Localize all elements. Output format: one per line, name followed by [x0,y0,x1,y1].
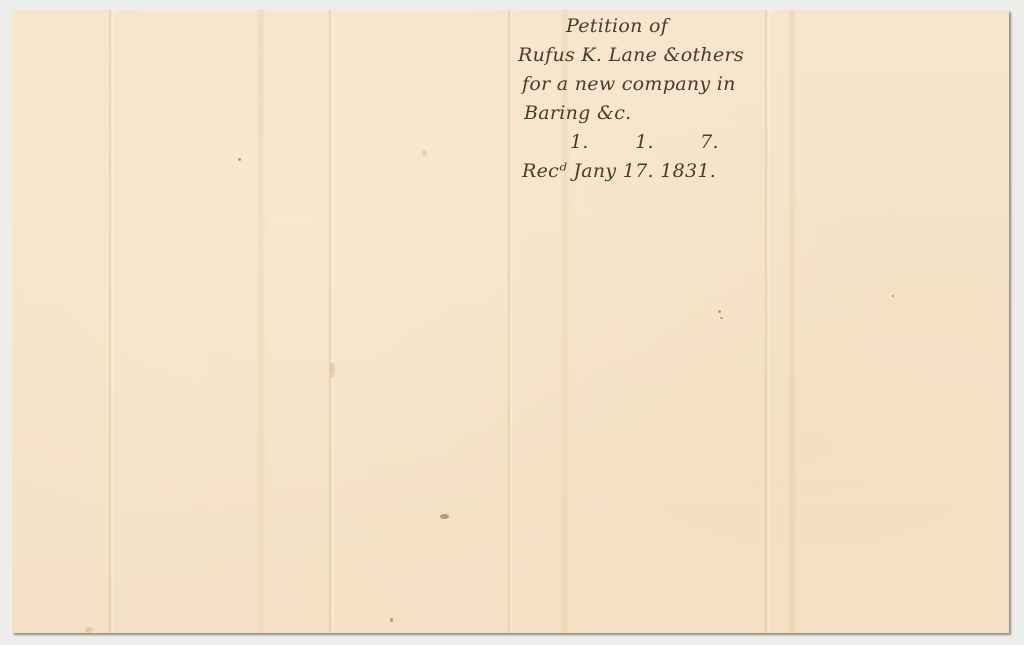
stain-spot [422,150,427,156]
scan-background: Petition of Rufus K. Lane &others for a … [0,0,1024,645]
docket-petitioner: Rufus K. Lane &others [512,41,772,70]
docket-subject: for a new company in [512,70,772,99]
fold-crease [108,10,114,633]
docket-title: Petition of [512,12,772,41]
docket-reference-number: 1. 1. 7. [512,128,772,157]
ink-spot [238,158,241,161]
fold-crease [328,10,334,633]
stain-spot [330,362,335,378]
docket-received-date: Recᵈ Jany 17. 1831. [512,157,772,186]
ink-spot [720,317,723,319]
document-page: Petition of Rufus K. Lane &others for a … [12,10,1009,633]
fold-crease [256,10,266,633]
ink-spot [718,310,721,313]
docket-location: Baring &c. [512,99,772,128]
stain-spot [85,627,93,633]
ink-smudge [440,514,449,519]
ink-spot [390,618,393,622]
handwritten-docket: Petition of Rufus K. Lane &others for a … [512,12,772,186]
fold-crease [787,10,797,633]
ink-spot [892,295,894,297]
